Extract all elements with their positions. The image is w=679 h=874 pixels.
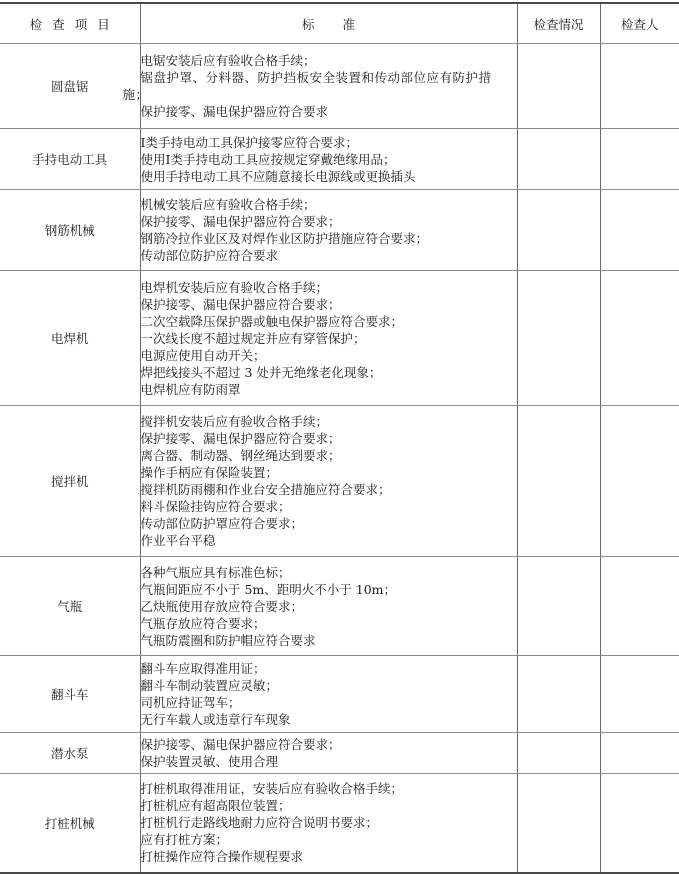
standard-line: 锯盘护罩、分料器、防护挡板安全装置和传动部位应有防护措施； — [123, 69, 517, 103]
standard-list: 打桩机取得准用证，安装后应有验收合格手续；打桩机应有超高限位装置；打桩机行走路线… — [140, 774, 517, 873]
table-row: 打桩机械打桩机取得准用证，安装后应有验收合格手续；打桩机应有超高限位装置；打桩机… — [0, 774, 679, 873]
inspection-item: 搅拌机 — [0, 406, 140, 557]
inspection-sheet: 检查项目 标准 检查情况 检查人 圆盘锯电锯安装后应有验收合格手续；锯盘护罩、分… — [0, 0, 679, 874]
standard-line: 气瓶存放应符合要求； — [141, 615, 517, 632]
standard-line: 焊把线接头不超过 3 处并无绝缘老化现象； — [141, 364, 517, 381]
standard-line: 无行车载人或违章行车现象 — [141, 711, 517, 728]
standard-line: 保护接零、漏电保护器应符合要求； — [141, 430, 517, 447]
standard-line: 乙炔瓶使用存放应符合要求； — [141, 598, 517, 615]
standard-line: 操作手柄应有保险装置； — [141, 464, 517, 481]
standard-line: 离合器、制动器、钢丝绳达到要求； — [141, 447, 517, 464]
standard-line: 打桩操作应符合操作规程要求 — [141, 848, 517, 865]
table-row: 气瓶各种气瓶应具有标准色标；气瓶间距应不小于 5m、距明火不小于 10m；乙炔瓶… — [0, 557, 679, 656]
inspector-cell[interactable] — [600, 557, 679, 656]
standard-line: 翻斗车应取得准用证； — [141, 660, 517, 677]
inspection-status-cell[interactable] — [517, 406, 600, 557]
standard-list: Ⅰ类手持电动工具保护接零应符合要求；使用Ⅰ类手持电动工具应按规定穿戴绝缘用品；使… — [140, 129, 517, 190]
standard-line: 使用Ⅰ类手持电动工具应按规定穿戴绝缘用品； — [141, 151, 517, 168]
standard-line: 应有打桩方案； — [141, 831, 517, 848]
inspection-status-cell[interactable] — [517, 129, 600, 190]
standard-list: 搅拌机安装后应有验收合格手续；保护接零、漏电保护器应符合要求；离合器、制动器、钢… — [140, 406, 517, 557]
inspector-cell[interactable] — [600, 733, 679, 774]
table-row: 搅拌机搅拌机安装后应有验收合格手续；保护接零、漏电保护器应符合要求；离合器、制动… — [0, 406, 679, 557]
header-standard: 标准 — [140, 3, 517, 44]
table-row: 钢筋机械机械安装后应有验收合格手续；保护接零、漏电保护器应符合要求；钢筋冷拉作业… — [0, 190, 679, 271]
standard-line: 电焊机安装后应有验收合格手续； — [141, 279, 517, 296]
table-row: 翻斗车翻斗车应取得准用证；翻斗车制动装置应灵敏；司机应持证驾车；无行车载人或违章… — [0, 656, 679, 733]
header-row: 检查项目 标准 检查情况 检查人 — [0, 3, 679, 44]
inspection-item: 手持电动工具 — [0, 129, 140, 190]
header-status: 检查情况 — [517, 3, 600, 44]
header-inspector: 检查人 — [600, 3, 679, 44]
standard-line: 一次线长度不超过规定并应有穿管保护； — [141, 330, 517, 347]
standard-line: Ⅰ类手持电动工具保护接零应符合要求； — [141, 134, 517, 151]
standard-line: 使用手持电动工具不应随意接长电源线或更换插头 — [141, 168, 517, 185]
inspector-cell[interactable] — [600, 406, 679, 557]
table-row: 圆盘锯电锯安装后应有验收合格手续；锯盘护罩、分料器、防护挡板安全装置和传动部位应… — [0, 44, 679, 129]
standard-line: 机械安装后应有验收合格手续； — [141, 196, 517, 213]
standard-line: 作业平台平稳 — [141, 532, 517, 549]
inspector-cell[interactable] — [600, 774, 679, 873]
inspector-cell[interactable] — [600, 190, 679, 271]
standard-list: 保护接零、漏电保护器应符合要求；保护装置灵敏、使用合理 — [140, 733, 517, 774]
inspection-status-cell[interactable] — [517, 44, 600, 129]
standard-line: 二次空载降压保护器或触电保护器应符合要求； — [141, 313, 517, 330]
standard-line: 料斗保险挂钩应符合要求； — [141, 498, 517, 515]
inspection-item: 翻斗车 — [0, 656, 140, 733]
standard-list: 电焊机安装后应有验收合格手续；保护接零、漏电保护器应符合要求；二次空载降压保护器… — [140, 271, 517, 406]
inspection-status-cell[interactable] — [517, 271, 600, 406]
standard-line: 保护接零、漏电保护器应符合要求 — [141, 103, 517, 120]
inspection-item: 打桩机械 — [0, 774, 140, 873]
table-row: 电焊机电焊机安装后应有验收合格手续；保护接零、漏电保护器应符合要求；二次空载降压… — [0, 271, 679, 406]
standard-line: 各种气瓶应具有标准色标； — [141, 564, 517, 581]
inspection-status-cell[interactable] — [517, 774, 600, 873]
standard-line: 保护接零、漏电保护器应符合要求； — [141, 296, 517, 313]
table-row: 潜水泵保护接零、漏电保护器应符合要求；保护装置灵敏、使用合理 — [0, 733, 679, 774]
inspection-item: 潜水泵 — [0, 733, 140, 774]
standard-line: 打桩机应有超高限位装置； — [141, 797, 517, 814]
header-item: 检查项目 — [0, 3, 140, 44]
standard-line: 翻斗车制动装置应灵敏； — [141, 677, 517, 694]
standard-list: 翻斗车应取得准用证；翻斗车制动装置应灵敏；司机应持证驾车；无行车载人或违章行车现… — [140, 656, 517, 733]
inspection-status-cell[interactable] — [517, 733, 600, 774]
standard-line: 电锯安装后应有验收合格手续； — [141, 52, 517, 69]
standard-line: 气瓶间距应不小于 5m、距明火不小于 10m； — [141, 581, 517, 598]
inspection-status-cell[interactable] — [517, 656, 600, 733]
standard-line: 打桩机行走路线地耐力应符合说明书要求； — [141, 814, 517, 831]
standard-list: 机械安装后应有验收合格手续；保护接零、漏电保护器应符合要求；钢筋冷拉作业区及对焊… — [140, 190, 517, 271]
inspector-cell[interactable] — [600, 129, 679, 190]
inspection-item: 圆盘锯 — [0, 44, 140, 129]
standard-line: 钢筋冷拉作业区及对焊作业区防护措施应符合要求； — [141, 230, 517, 247]
standard-line: 传动部位防护应符合要求 — [141, 247, 517, 264]
inspector-cell[interactable] — [600, 44, 679, 129]
standard-line: 保护接零、漏电保护器应符合要求； — [141, 736, 517, 753]
standard-line: 电焊机应有防雨罩 — [141, 381, 517, 398]
standard-list: 电锯安装后应有验收合格手续；锯盘护罩、分料器、防护挡板安全装置和传动部位应有防护… — [140, 44, 517, 129]
standard-line: 搅拌机防雨棚和作业台安全措施应符合要求； — [141, 481, 517, 498]
standard-list: 各种气瓶应具有标准色标；气瓶间距应不小于 5m、距明火不小于 10m；乙炔瓶使用… — [140, 557, 517, 656]
standard-line: 保护装置灵敏、使用合理 — [141, 753, 517, 770]
inspection-item: 气瓶 — [0, 557, 140, 656]
standard-line: 保护接零、漏电保护器应符合要求； — [141, 213, 517, 230]
standard-line: 电源应使用自动开关； — [141, 347, 517, 364]
inspection-item: 电焊机 — [0, 271, 140, 406]
table-body: 圆盘锯电锯安装后应有验收合格手续；锯盘护罩、分料器、防护挡板安全装置和传动部位应… — [0, 44, 679, 873]
standard-line: 打桩机取得准用证，安装后应有验收合格手续； — [141, 780, 517, 797]
standard-line: 司机应持证驾车； — [141, 694, 517, 711]
inspector-cell[interactable] — [600, 271, 679, 406]
table-row: 手持电动工具Ⅰ类手持电动工具保护接零应符合要求；使用Ⅰ类手持电动工具应按规定穿戴… — [0, 129, 679, 190]
inspection-item: 钢筋机械 — [0, 190, 140, 271]
inspection-table: 检查项目 标准 检查情况 检查人 圆盘锯电锯安装后应有验收合格手续；锯盘护罩、分… — [0, 2, 679, 874]
standard-line: 气瓶防震圈和防护帽应符合要求 — [141, 632, 517, 649]
inspector-cell[interactable] — [600, 656, 679, 733]
inspection-status-cell[interactable] — [517, 190, 600, 271]
standard-line: 传动部位防护罩应符合要求； — [141, 515, 517, 532]
inspection-status-cell[interactable] — [517, 557, 600, 656]
standard-line: 搅拌机安装后应有验收合格手续； — [141, 413, 517, 430]
